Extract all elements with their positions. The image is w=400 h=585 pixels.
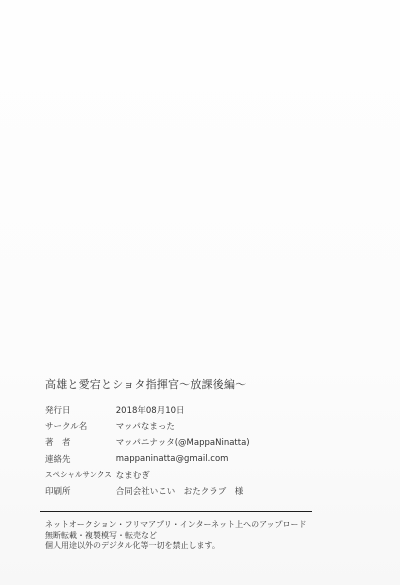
info-row-printer: 印刷所 合同会社いこい おたクラブ 様 — [45, 483, 250, 499]
info-label: 印刷所 — [45, 483, 114, 499]
info-label: 著 者 — [45, 434, 114, 450]
info-row-special-thanks: スペシャルサンクス なまむぎ — [45, 467, 250, 483]
section-divider — [40, 511, 312, 512]
info-label: 連絡先 — [45, 451, 114, 467]
info-value: 2018年08月10日 — [114, 402, 250, 418]
book-title: 高雄と愛宕とショタ指揮官〜放課後編〜 — [45, 378, 345, 392]
book-back-page: 高雄と愛宕とショタ指揮官〜放課後編〜 発行日 2018年08月10日 サークル名… — [0, 0, 400, 585]
info-label: サークル名 — [45, 418, 114, 434]
info-value: 合同会社いこい おたクラブ 様 — [114, 483, 250, 499]
colophon: 高雄と愛宕とショタ指揮官〜放課後編〜 発行日 2018年08月10日 サークル名… — [45, 378, 345, 499]
info-row-contact: 連絡先 mappaninatta@gmail.com — [45, 451, 250, 467]
info-value: mappaninatta@gmail.com — [114, 451, 250, 467]
publication-info-table: 発行日 2018年08月10日 サークル名 マッパなまった 著 者 マッパニナッ… — [45, 402, 250, 499]
info-label: 発行日 — [45, 402, 114, 418]
copyright-notice: ネットオークション・フリマアプリ・インターネット上へのアップロード 無断転載・複… — [45, 520, 307, 552]
notice-line: 無断転載・複製模写・転売など — [45, 531, 307, 542]
info-row-circle-name: サークル名 マッパなまった — [45, 418, 250, 434]
info-value: マッパなまった — [114, 418, 250, 434]
notice-line: 個人用途以外のデジタル化等一切を禁止します。 — [45, 541, 307, 552]
info-value: なまむぎ — [114, 467, 250, 483]
info-label: スペシャルサンクス — [45, 467, 114, 483]
info-row-publish-date: 発行日 2018年08月10日 — [45, 402, 250, 418]
info-value: マッパニナッタ(@MappaNinatta) — [114, 434, 250, 450]
notice-line: ネットオークション・フリマアプリ・インターネット上へのアップロード — [45, 520, 307, 531]
info-row-author: 著 者 マッパニナッタ(@MappaNinatta) — [45, 434, 250, 450]
